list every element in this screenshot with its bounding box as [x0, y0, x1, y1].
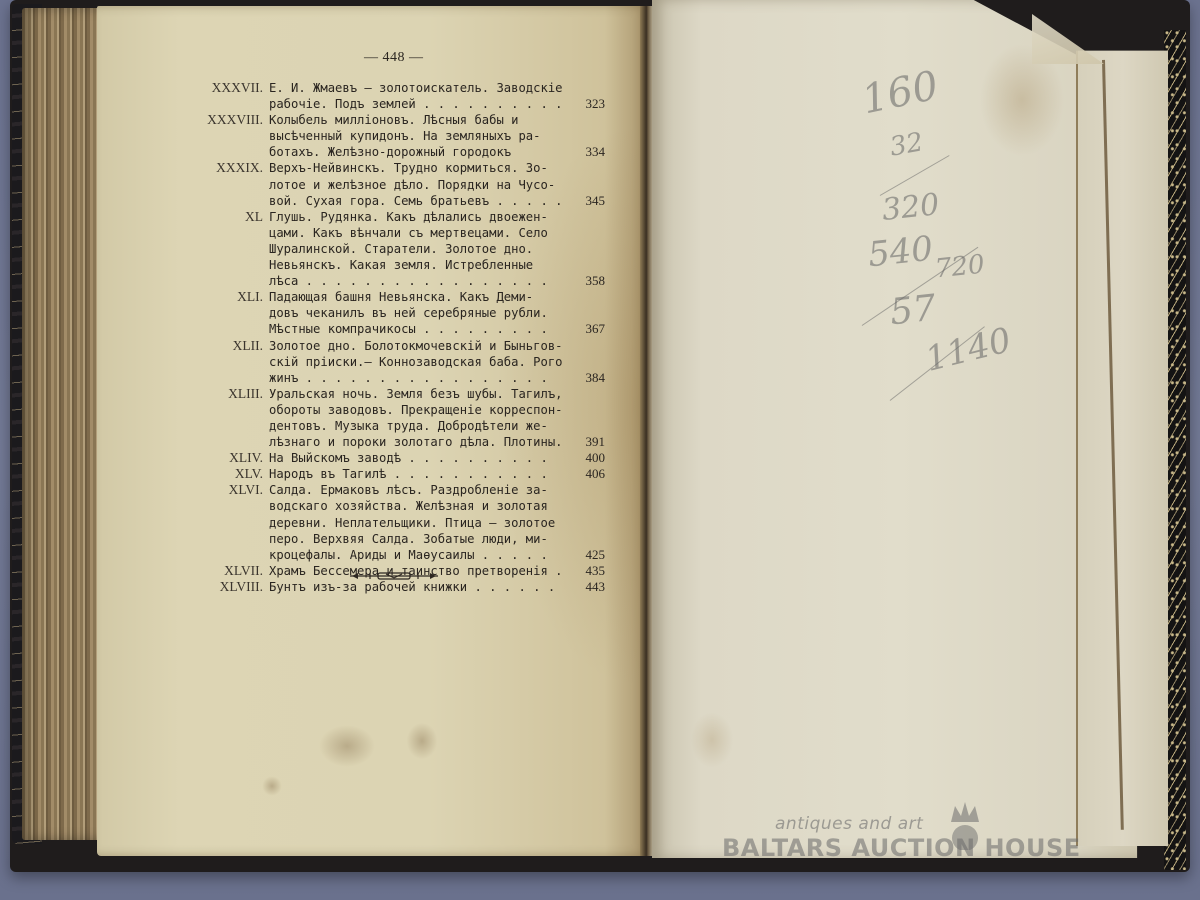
toc-title-line: Уральская ночь. Земля безъ шубы. Тагилъ,: [269, 386, 565, 402]
pencil-note: 540: [866, 229, 935, 276]
toc-page-number: 400: [586, 450, 606, 466]
toc-title-line: Падающая башня Невьянска. Какъ Деми-: [269, 289, 565, 305]
pencil-note: 32: [888, 127, 926, 162]
toc-title-line: обороты заводовъ. Прекращеніе корреспон-: [269, 402, 565, 418]
toc-chapter-title: Е. И. Жмаевъ — золотоискатель. Заводскіе…: [269, 80, 565, 112]
toc-entry: XXXVII.Е. И. Жмаевъ — золотоискатель. За…: [195, 80, 605, 112]
toc-entry: XLII.Золотое дно. Болотокмочевскій и Бын…: [195, 338, 605, 386]
toc-title-line: высѣченный купидонъ. На земляныхъ ра-: [269, 128, 565, 144]
toc-chapter-number: XXXVII.: [195, 80, 269, 96]
toc-title-line: лотое и желѣзное дѣло. Порядки на Чусо-: [269, 177, 565, 193]
toc-title-line: Колыбель милліоновъ. Лѣсныя бабы и: [269, 112, 565, 128]
toc-entry: XLIII.Уральская ночь. Земля безъ шубы. Т…: [195, 386, 605, 450]
toc-chapter-title: Падающая башня Невьянска. Какъ Деми-довъ…: [269, 289, 565, 337]
book-photo-scene: — 448 — XXXVII.Е. И. Жмаевъ — золотоиска…: [0, 0, 1200, 900]
toc-entry: XLI.Падающая башня Невьянска. Какъ Деми-…: [195, 289, 605, 337]
toc-chapter-title: Золотое дно. Болотокмочевскій и Быньгов-…: [269, 338, 565, 386]
toc-title-line: дентовъ. Музыка труда. Добродѣтели же-: [269, 418, 565, 434]
toc-entry: XXXIX.Верхъ-Нейвинскъ. Трудно кормиться.…: [195, 160, 605, 208]
toc-title-line: Шуралинской. Старатели. Золотое дно.: [269, 241, 565, 257]
toc-title-line: Верхъ-Нейвинскъ. Трудно кормиться. Зо-: [269, 160, 565, 176]
toc-chapter-number: XXXVIII.: [195, 112, 269, 128]
toc-page-number: 443: [586, 579, 606, 595]
toc-page-number: 425: [586, 547, 606, 563]
toc-title-line: рабочіе. Подъ землей . . . . . . . . . .: [269, 96, 565, 112]
toc-title-line: ботахъ. Желѣзно-дорожный городокъ: [269, 144, 565, 160]
toc-chapter-title: На Выйскомъ заводѣ . . . . . . . . . .: [269, 450, 565, 466]
toc-title-line: перо. Верхвяя Салда. Зобатые люди, ми-: [269, 531, 565, 547]
pencil-note: 720: [934, 249, 987, 284]
toc-chapter-number: XLI.: [195, 289, 269, 305]
toc-chapter-number: XLIII.: [195, 386, 269, 402]
toc-page-number: 367: [586, 321, 606, 337]
toc-chapter-title: Народъ въ Тагилѣ . . . . . . . . . . .: [269, 466, 565, 482]
toc-chapter-number: XLV.: [195, 466, 269, 482]
toc-title-line: лѣзнаго и пороки золотаго дѣла. Плотины.: [269, 434, 565, 450]
toc-title-line: вой. Сухая гора. Семь братьевъ . . . . .: [269, 193, 565, 209]
toc-page-number: 334: [586, 144, 606, 160]
toc-page-number: 435: [586, 563, 606, 579]
toc-title-line: Глушь. Рудянка. Какъ дѣлались двоежен-: [269, 209, 565, 225]
toc-title-line: На Выйскомъ заводѣ . . . . . . . . . .: [269, 450, 565, 466]
toc-title-line: Мѣстные компрачикосы . . . . . . . . .: [269, 321, 565, 337]
table-of-contents: XXXVII.Е. И. Жмаевъ — золотоискатель. За…: [195, 80, 605, 595]
toc-title-line: Золотое дно. Болотокмочевскій и Быньгов-: [269, 338, 565, 354]
toc-page-number: 323: [586, 96, 606, 112]
page-number: — 448 —: [364, 50, 424, 66]
toc-chapter-title: Колыбель милліоновъ. Лѣсныя бабы ивысѣче…: [269, 112, 565, 160]
toc-chapter-number: XLIV.: [195, 450, 269, 466]
endpaper-flap: [1076, 26, 1168, 846]
toc-title-line: лѣса . . . . . . . . . . . . . . . . .: [269, 273, 565, 289]
toc-title-line: Салда. Ермаковъ лѣсъ. Раздробленіе за-: [269, 482, 565, 498]
toc-page-number: 358: [586, 273, 606, 289]
right-page-endpaper: [652, 0, 1147, 858]
toc-title-line: цами. Какъ вѣнчали съ мертвецами. Село: [269, 225, 565, 241]
toc-title-line: Е. И. Жмаевъ — золотоискатель. Заводскіе: [269, 80, 565, 96]
toc-chapter-number: XL: [195, 209, 269, 225]
toc-title-line: скій пріиски.– Коннозаводская баба. Рого: [269, 354, 565, 370]
toc-title-line: жинъ . . . . . . . . . . . . . . . . .: [269, 370, 565, 386]
toc-title-line: Народъ въ Тагилѣ . . . . . . . . . . .: [269, 466, 565, 482]
toc-chapter-title: Верхъ-Нейвинскъ. Трудно кормиться. Зо-ло…: [269, 160, 565, 208]
toc-entry: XLV.Народъ въ Тагилѣ . . . . . . . . . .…: [195, 466, 605, 482]
decorative-ornament-icon: [348, 570, 440, 582]
toc-chapter-title: Глушь. Рудянка. Какъ дѣлались двоежен-ца…: [269, 209, 565, 289]
toc-page-number: 345: [586, 193, 606, 209]
pencil-note: 57: [888, 288, 938, 334]
toc-page-number: 406: [586, 466, 606, 482]
toc-entry: XLIV.На Выйскомъ заводѣ . . . . . . . . …: [195, 450, 605, 466]
toc-chapter-number: XLVIII.: [195, 579, 269, 595]
toc-page-number: 391: [586, 434, 606, 450]
toc-title-line: водскаго хозяйства. Желѣзная и золотая: [269, 498, 565, 514]
toc-title-line: кроцефалы. Ариды и Маѳусаилы . . . . .: [269, 547, 565, 563]
toc-chapter-title: Салда. Ермаковъ лѣсъ. Раздробленіе за-во…: [269, 482, 565, 562]
toc-page-number: 384: [586, 370, 606, 386]
toc-chapter-number: XLII.: [195, 338, 269, 354]
toc-chapter-number: XLVI.: [195, 482, 269, 498]
watermark-brand: BALTARS AUCTION HOUSE: [722, 834, 1081, 862]
toc-entry: XLVI.Салда. Ермаковъ лѣсъ. Раздробленіе …: [195, 482, 605, 562]
toc-entry: XXXVIII.Колыбель милліоновъ. Лѣсныя бабы…: [195, 112, 605, 160]
watermark-tagline: antiques and art: [775, 814, 923, 834]
toc-title-line: довъ чеканилъ въ ней серебряные рубли.: [269, 305, 565, 321]
toc-entry: XLГлушь. Рудянка. Какъ дѣлались двоежен-…: [195, 209, 605, 289]
toc-chapter-number: XXXIX.: [195, 160, 269, 176]
toc-chapter-title: Уральская ночь. Земля безъ шубы. Тагилъ,…: [269, 386, 565, 450]
book-gutter: [640, 6, 654, 856]
toc-chapter-number: XLVII.: [195, 563, 269, 579]
toc-title-line: деревни. Неплательщики. Птица — золотое: [269, 515, 565, 531]
pencil-note: 320: [880, 187, 941, 228]
toc-title-line: Невьянскъ. Какая земля. Истребленные: [269, 257, 565, 273]
